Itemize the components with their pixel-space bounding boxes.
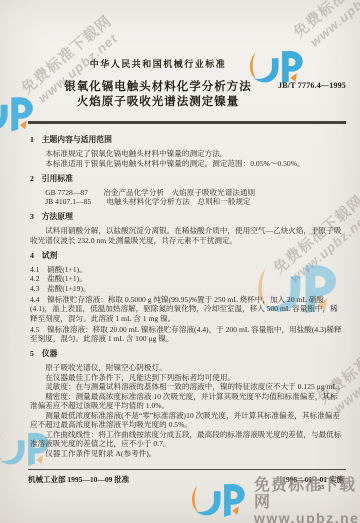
section-3-paragraph: 试料用硝酸分解，以盐酸沉淀分离银。在稀盐酸介质中，使用空气—乙炔火焰，于原子吸收… bbox=[30, 226, 345, 245]
page-number: 33 bbox=[318, 485, 324, 491]
section-5-paragraph: 灵敏度：在与测量试料溶液的基体相一致的溶液中，镍的特征浓度应不大于 0.125 … bbox=[30, 382, 345, 392]
reagent-item: 4.4 镍标准贮存溶液：称取 0.5000 g 纯镍(99.95)%置于 250… bbox=[30, 295, 345, 324]
reagent-item: 4.3 盐酸(1+19)。 bbox=[30, 284, 345, 294]
approval-note: 机械工业部 1995—10—09 批准 bbox=[28, 474, 129, 485]
section-5-paragraph: 测量最低浓度标准溶液(不是“零”标准溶液)10 次吸光度，并计算其标准偏差，其标… bbox=[30, 411, 345, 430]
footer-rule bbox=[28, 469, 346, 470]
reagent-item: 4.1 硝酸(1+1)。 bbox=[30, 265, 345, 275]
header-rule bbox=[28, 121, 346, 124]
section-1-paragraph: 本标准适用于银氧化镉电触头材料中镍量的测定。测定范围：0.05%～0.50%。 bbox=[30, 159, 345, 169]
up-logo-icon bbox=[188, 479, 250, 523]
section-5-paragraph: 仪器工作条件见附录 A(参考件)。 bbox=[30, 449, 345, 459]
implementation-note: 1996—01—01 实施 bbox=[282, 474, 344, 485]
reference-item: GB 7728—87 冶金产品化学分析 火焰原子吸收光谱法通则 bbox=[30, 188, 345, 198]
watermark-site-name: 免费标准下载网 bbox=[266, 0, 360, 61]
section-3-heading: 3 方法原理 bbox=[30, 212, 345, 222]
section-1-heading: 1 主题内容与适用范围 bbox=[30, 135, 345, 145]
section-1-paragraph: 本标准规定了银氧化镉电触头材料中镍量的测定方法。 bbox=[30, 149, 345, 159]
section-4-heading: 4 试剂 bbox=[30, 251, 345, 261]
section-2-heading: 2 引用标准 bbox=[30, 174, 345, 184]
standard-number: JB/T 7776.4—1995 bbox=[278, 81, 346, 90]
section-5-paragraph: 工作曲线线性：将工作曲线按浓度分成五段，最高段的标准溶液吸光度的差值，与最低标准… bbox=[30, 430, 345, 449]
document-body: 1 主题内容与适用范围 本标准规定了银氧化镉电触头材料中镍量的测定方法。 本标准… bbox=[30, 132, 345, 458]
standard-org-line: 中华人民共和国机械行业标准 bbox=[0, 57, 316, 70]
document-title: 银氧化镉电触头材料化学分析方法 火焰原子吸收光谱法测定镍量 bbox=[0, 80, 316, 110]
section-5-paragraph: 精密度：测量最高浓度标准溶液 10 次吸光度，并计算其吸光度平均值和标准偏差，其… bbox=[30, 392, 345, 411]
reagent-item: 4.2 盐酸(1+1)。 bbox=[30, 274, 345, 284]
reagent-item: 4.5 镍标准溶液：移取 20.00 mL 镍标准贮存溶液(4.4)，于 200… bbox=[30, 325, 345, 344]
title-line-2: 火焰原子吸收光谱法测定镍量 bbox=[0, 95, 316, 110]
watermark-site-url: www.upbz.net bbox=[254, 511, 360, 523]
scanned-standard-page: 免费标准下载网 www.upbz.net 免费标准下载网 www.upbz.ne… bbox=[0, 0, 360, 523]
section-5-paragraph: 原子吸收光谱仪，附镍空心阴极灯。 bbox=[30, 363, 345, 373]
title-line-1: 银氧化镉电触头材料化学分析方法 bbox=[0, 80, 316, 95]
section-5-paragraph: 在仪器最佳工作条件下，凡能达到下列指标者均可使用。 bbox=[30, 373, 345, 383]
section-5-heading: 5 仪器 bbox=[30, 349, 345, 359]
reference-item: JB 4107.1—85 电触头材料化学分析方法 总则和一般规定 bbox=[30, 197, 345, 207]
